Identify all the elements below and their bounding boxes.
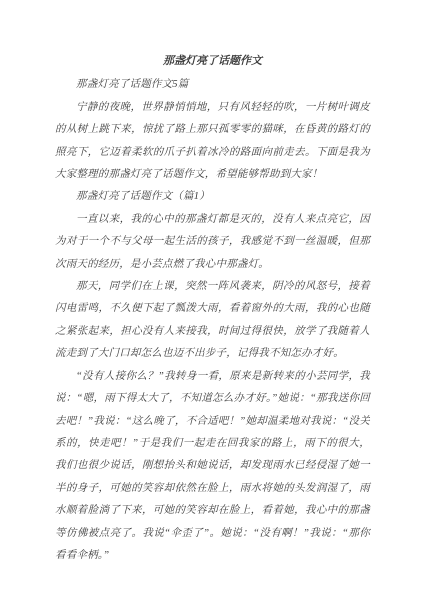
paragraph-body-2: 那天，同学们在上课，突然一阵风袭来，阴冷的风怒号，接着闪电雷鸣，不久便下起了瓢泼…	[55, 276, 370, 366]
paragraph-subtitle: 那盏灯亮了话题作文5篇	[55, 74, 370, 96]
document-title: 那盏灯亮了话题作文	[55, 50, 370, 72]
paragraph-intro: 宁静的夜晚，世界静悄悄地，只有风轻轻的吹，一片树叶调皮的从树上跳下来，惊扰了路上…	[55, 97, 370, 187]
paragraph-body-1: 一直以来，我的心中的那盏灯都是灭的，没有人来点亮它，因为对于一个不与父母一起生活…	[55, 209, 370, 276]
document-page: 那盏灯亮了话题作文 那盏灯亮了话题作文5篇 宁静的夜晚，世界静悄悄地，只有风轻轻…	[0, 0, 424, 600]
paragraph-section-heading: 那盏灯亮了话题作文（篇1）	[55, 186, 370, 208]
paragraph-body-3: “没有人接你么？”我转身一看，原来是新转来的小芸同学，我说：“嗯，雨下得太大了，…	[55, 366, 370, 568]
